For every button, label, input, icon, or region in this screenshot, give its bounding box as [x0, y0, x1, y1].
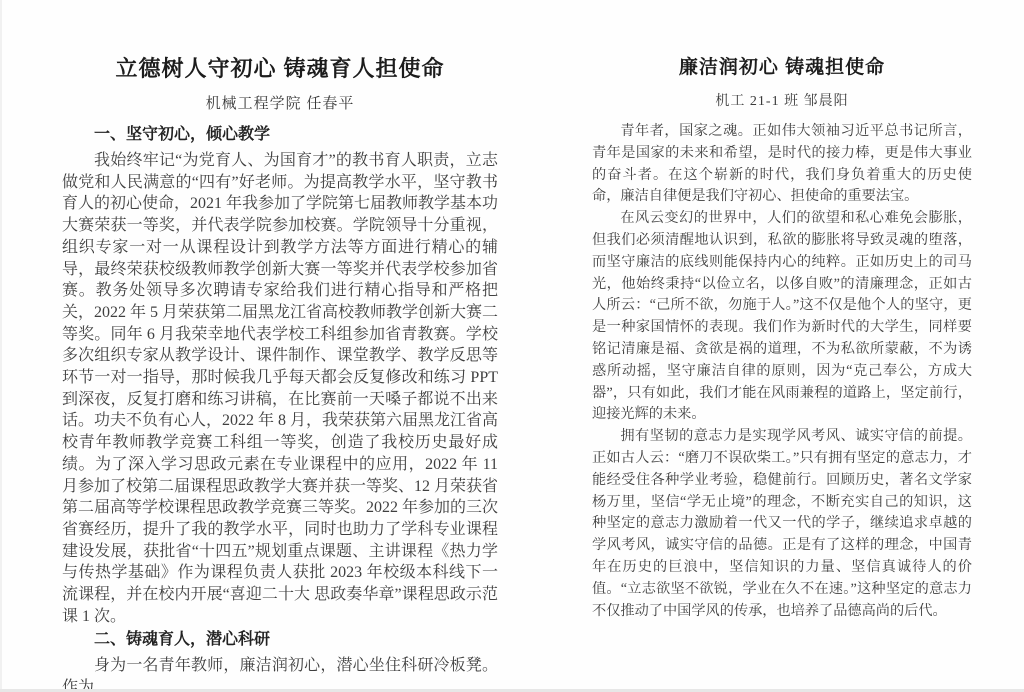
left-section-2-paragraph: 身为一名青年教师，廉洁润初心，潜心坐住科研冷板凳。作为 [62, 655, 498, 692]
left-section-2-heading: 二、铸魂育人，潜心科研 [62, 629, 498, 651]
left-article-title: 立德树人守初心 铸魂育人担使命 [62, 54, 498, 84]
scan-edge-left [0, 0, 2, 692]
right-article-byline: 机工 21-1 班 邹晨阳 [592, 92, 972, 112]
right-paragraph-1: 青年者，国家之魂。正如伟大领袖习近平总书记所言，青年是国家的未来和希望，是时代的… [592, 121, 972, 208]
left-article-byline: 机械工程学院 任春平 [62, 94, 498, 115]
right-page: 廉洁润初心 铸魂担使命 机工 21-1 班 邹晨阳 青年者，国家之魂。正如伟大领… [592, 54, 972, 622]
scanned-document-spread: 立德树人守初心 铸魂育人担使命 机械工程学院 任春平 一、坚守初心，倾心教学 我… [0, 0, 1024, 692]
left-page: 立德树人守初心 铸魂育人担使命 机械工程学院 任春平 一、坚守初心，倾心教学 我… [62, 54, 498, 692]
right-article-title: 廉洁润初心 铸魂担使命 [592, 54, 972, 81]
left-section-1-heading: 一、坚守初心，倾心教学 [62, 124, 498, 146]
left-section-1-paragraph: 我始终牢记“为党育人、为国育才”的教书育人职责，立志做党和人民满意的“四有”好老… [62, 150, 498, 627]
right-paragraph-2: 在风云变幻的世界中，人们的欲望和私心难免会膨胀，但我们必须清醒地认识到，私欲的膨… [592, 208, 972, 426]
right-paragraph-3: 拥有坚韧的意志力是实现学风考风、诚实守信的前提。正如古人云：“磨刀不误砍柴工。”… [592, 426, 972, 622]
